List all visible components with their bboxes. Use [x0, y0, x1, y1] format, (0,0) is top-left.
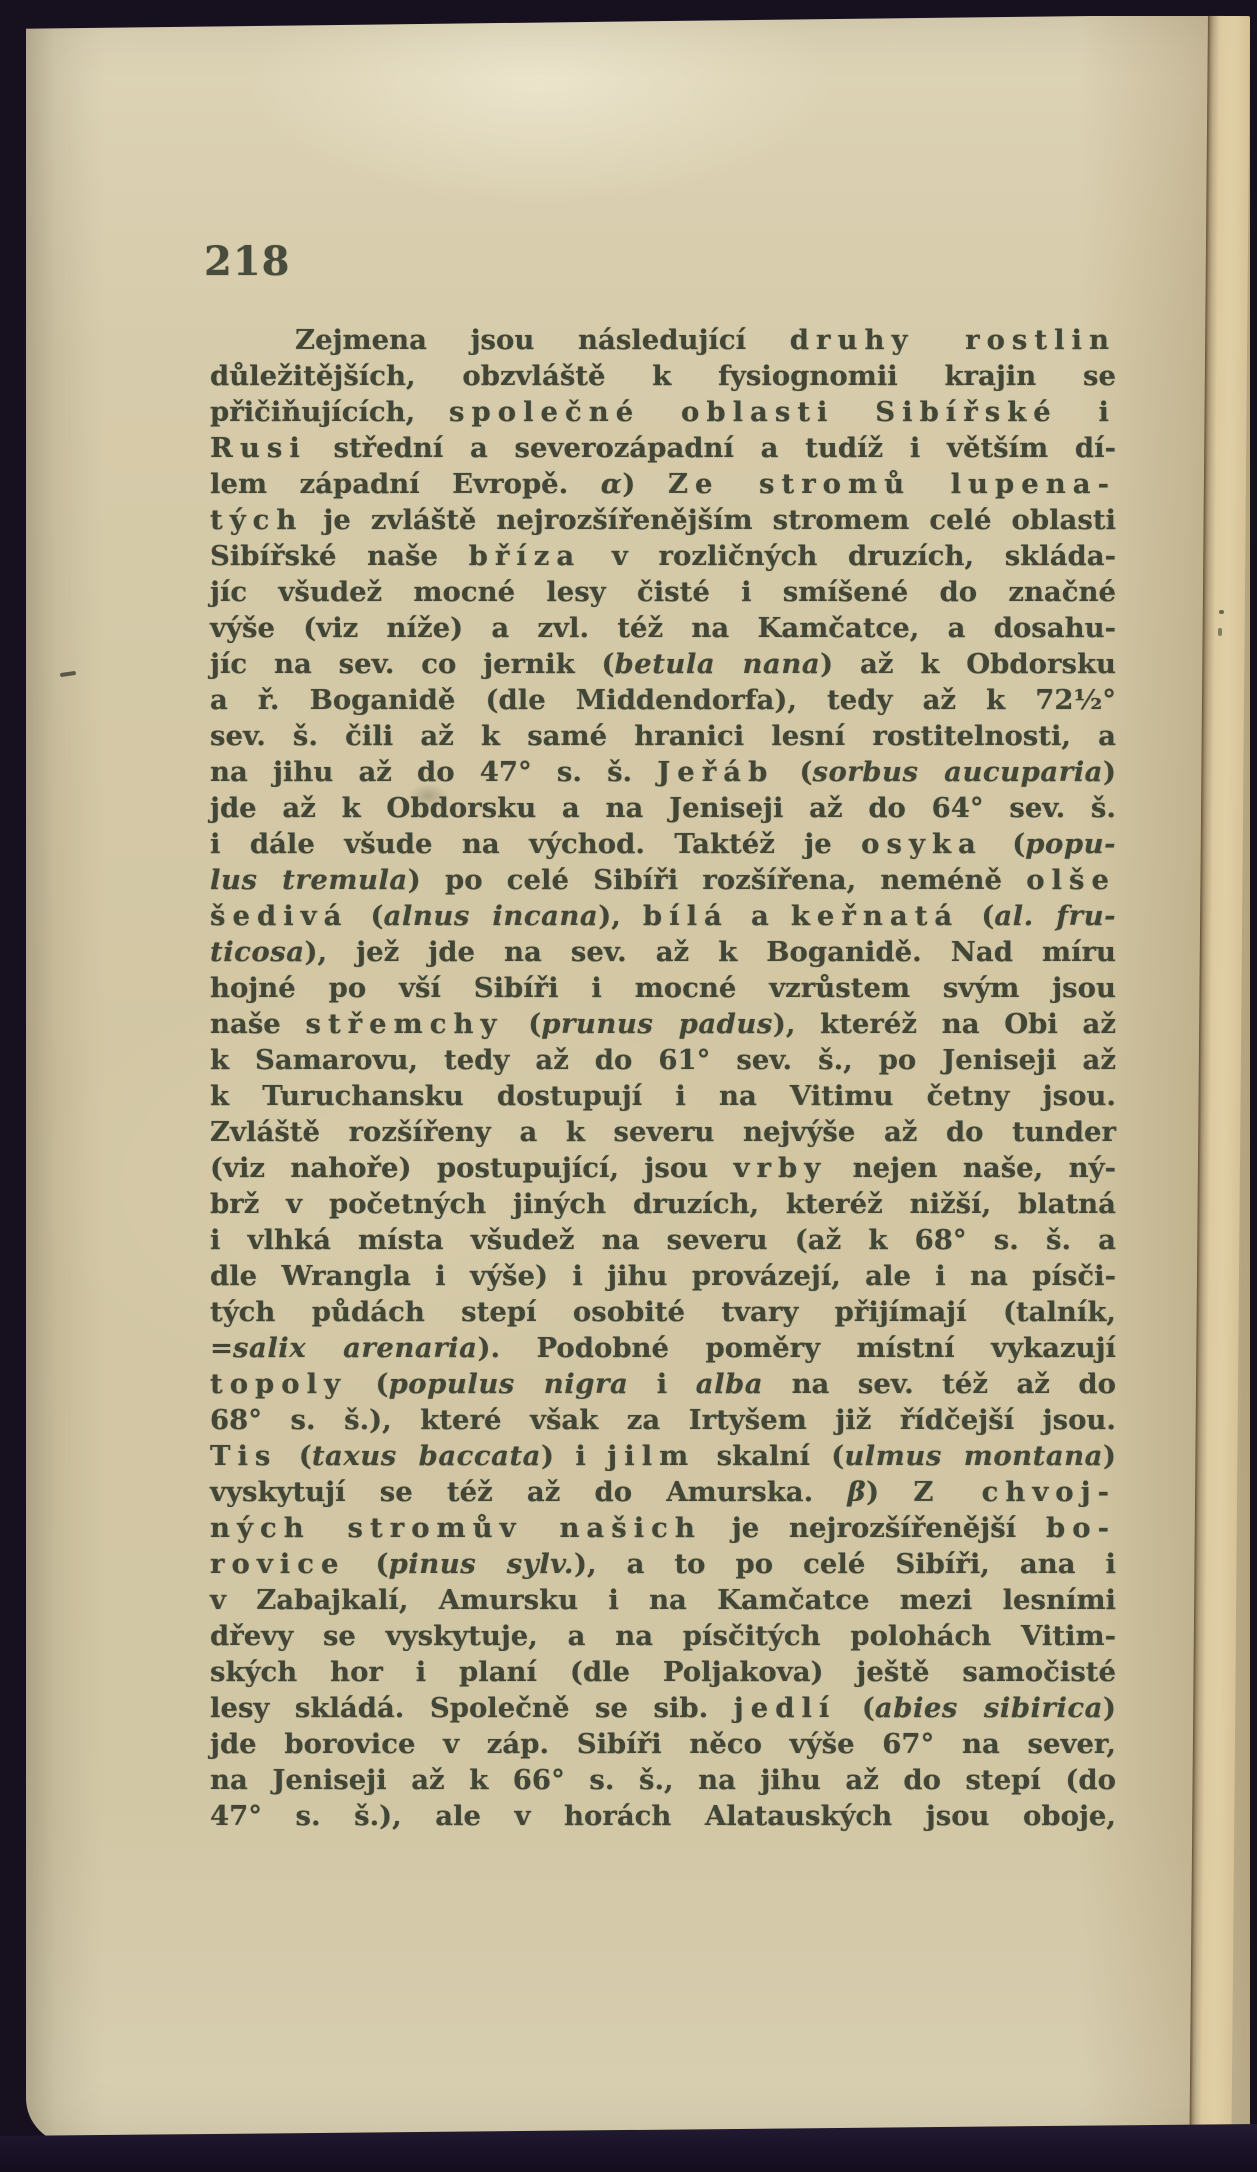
text-line: dle Wrangla i výše) i jihu provázejí, al…: [210, 1258, 1116, 1294]
text-line: Zejmena jsou následující druhy rostlin: [210, 322, 1116, 358]
text-line: Tis (taxus baccata) i jilm skalní (ulmus…: [210, 1438, 1116, 1474]
latin-species-name: prunus padus: [541, 1008, 773, 1040]
text-line: i dále všude na východ. Taktéž je osyka …: [210, 826, 1116, 862]
text-line: (viz nahoře) postupující, jsou vrby neje…: [210, 1150, 1116, 1186]
text-line: důležitějších, obzvláště k fysiognomii k…: [210, 358, 1116, 394]
body-text: (: [836, 1692, 875, 1724]
body-text: vyskytují se též až do Amurska.: [210, 1476, 847, 1508]
body-text: jíc všudež mocné lesy čisté i smíšené do…: [210, 576, 1116, 608]
body-text: výše (viz níže) a zvl. též na Kamčatce, …: [210, 612, 1116, 644]
body-text: Zvláště rozšířeny a k severu nejvýše až …: [210, 1116, 1116, 1148]
body-text: jde až k Obdorsku a na Jeniseji až do 64…: [210, 792, 1116, 824]
latin-species-name: lus tremula: [210, 864, 408, 896]
latin-species-name: ticosa: [210, 936, 305, 968]
text-line: přičiňujících, společné oblasti Sibířské…: [210, 394, 1116, 430]
body-text: lem západní Evropě.: [210, 468, 601, 500]
body-text: je nejrozšířenější: [702, 1512, 1046, 1544]
body-text: (: [774, 756, 812, 788]
body-text: ) až k Obdorsku: [820, 648, 1116, 680]
text-line: Sibířské naše bříza v rozličných druzích…: [210, 538, 1116, 574]
text-line: topoly (populus nigra i alba na sev. též…: [210, 1366, 1116, 1402]
body-text: ),: [598, 900, 643, 932]
body-text: na sev. též až do: [763, 1368, 1116, 1400]
text-line: Zvláště rozšířeny a k severu nejvýše až …: [210, 1114, 1116, 1150]
text-line: ticosa), jež jde na sev. až k Boganidě. …: [210, 934, 1116, 970]
book-page: 218 Zejmena jsou následující druhy rostl…: [26, 16, 1250, 2144]
text-line: jíc všudež mocné lesy čisté i smíšené do…: [210, 574, 1116, 610]
body-text: dřevy se vyskytuje, a na písčitých poloh…: [210, 1620, 1116, 1652]
paragraph: Zejmena jsou následující druhy rostlindů…: [210, 322, 1116, 1834]
body-text: na Jeniseji až k 66° s. š., na jihu až d…: [210, 1764, 1116, 1796]
body-text: střední a severozápadní a tudíž i větším…: [307, 432, 1116, 464]
body-text: skalní (: [695, 1440, 844, 1472]
text-line: na Jeniseji až k 66° s. š., na jihu až d…: [210, 1762, 1116, 1798]
text-line: ných stromův našich je nejrozšířenější b…: [210, 1510, 1116, 1546]
page-number: 218: [204, 238, 291, 285]
emphasized-term: Z chvoj-: [913, 1476, 1116, 1508]
text-line: naše střemchy (prunus padus), kteréž na …: [210, 1006, 1116, 1042]
text-line: lus tremula) po celé Sibíři rozšířena, n…: [210, 862, 1116, 898]
latin-species-name: alba: [696, 1368, 763, 1400]
text-line: lesy skládá. Společně se sib. jedlí (abi…: [210, 1690, 1116, 1726]
body-text: (: [983, 828, 1025, 860]
body-text: =: [210, 1332, 233, 1364]
body-text: ), a to po celé Sibíři, ana i: [574, 1548, 1116, 1580]
body-text: dle Wrangla i výše) i jihu provázejí, al…: [210, 1260, 1116, 1292]
emphasized-term: olše: [1026, 864, 1116, 896]
ink-speck: [1219, 610, 1224, 614]
text-line: v Zabajkalí, Amursku i na Kamčatce mezi …: [210, 1582, 1116, 1618]
emphasized-term: střemchy: [306, 1008, 504, 1040]
body-text: (: [348, 900, 383, 932]
ink-speck: [60, 671, 76, 677]
latin-species-name: taxus baccata: [312, 1440, 541, 1472]
emphasized-term: ných stromův našich: [210, 1512, 702, 1544]
emphasized-term: společné oblasti Sibířské i: [449, 396, 1116, 428]
text-line: a ř. Boganidě (dle Middendorfa), tedy až…: [210, 682, 1116, 718]
body-text: na jihu až do 47° s. š.: [210, 756, 657, 788]
body-text: k Turuchansku dostupují i na Vitimu četn…: [210, 1080, 1116, 1112]
latin-species-name: sorbus aucuparia: [812, 756, 1103, 788]
text-line: i vlhká místa všudež na severu (až k 68°…: [210, 1222, 1116, 1258]
body-text: ), jež jde na sev. až k Boganidě. Nad mí…: [305, 936, 1116, 968]
body-text: přičiňujících,: [210, 396, 449, 428]
text-line: jde až k Obdorsku a na Jeniseji až do 64…: [210, 790, 1116, 826]
latin-species-name: α: [601, 468, 623, 500]
latin-species-name: β: [847, 1476, 866, 1508]
latin-species-name: ulmus montana: [844, 1440, 1103, 1472]
text-line: k Turuchansku dostupují i na Vitimu četn…: [210, 1078, 1116, 1114]
text-line: ských hor i planí (dle Poljakova) ještě …: [210, 1654, 1116, 1690]
body-text: a ř. Boganidě (dle Middendorfa), tedy až…: [210, 684, 1116, 716]
text-line: 68° s. š.), které však za Irtyšem již ří…: [210, 1402, 1116, 1438]
body-text: i: [628, 1368, 695, 1400]
body-text: (: [347, 1368, 389, 1400]
emphasized-term: Tis: [210, 1440, 277, 1472]
emphasized-term: osyka: [861, 828, 983, 860]
text-line: tých půdách stepí osobité tvary přijímaj…: [210, 1294, 1116, 1330]
latin-species-name: alnus incana: [384, 900, 599, 932]
body-text: tých půdách stepí osobité tvary přijímaj…: [210, 1296, 1116, 1328]
emphasized-term: topoly: [210, 1368, 347, 1400]
body-text: lesy skládá. Společně se sib.: [210, 1692, 734, 1724]
latin-species-name: popu-: [1025, 828, 1116, 860]
latin-species-name: salix arenaria: [233, 1332, 477, 1364]
emphasized-term: Jeřáb: [657, 756, 774, 788]
body-text: brž v početných jiných druzích, kteréž n…: [210, 1188, 1116, 1220]
body-text: (: [346, 1548, 389, 1580]
emphasized-term: Ze stromů lupena-: [668, 468, 1116, 500]
body-text: v rozličných druzích, skláda-: [581, 540, 1116, 572]
body-text: v Zabajkalí, Amursku i na Kamčatce mezi …: [210, 1584, 1116, 1616]
body-text: je zvláště nejrozšířenějším stromem celé…: [303, 504, 1116, 536]
body-text: Sibířské naše: [210, 540, 469, 572]
text-line: Rusi střední a severozápadní a tudíž i v…: [210, 430, 1116, 466]
latin-species-name: betula nana: [615, 648, 821, 680]
ink-speck: [1218, 628, 1222, 636]
body-text: nejen naše, ný-: [827, 1152, 1116, 1184]
emphasized-term: šedivá: [210, 900, 348, 932]
emphasized-term: Rusi: [210, 432, 307, 464]
emphasized-term: vrby: [734, 1152, 828, 1184]
body-text: (: [959, 900, 994, 932]
text-line: hojné po vší Sibíři i mocné vzrůstem svý…: [210, 970, 1116, 1006]
emphasized-term: bříza: [469, 540, 582, 572]
emphasized-term: jilm: [607, 1440, 695, 1472]
body-text: ): [1103, 1692, 1116, 1724]
text-line: vyskytují se též až do Amurska. β) Z chv…: [210, 1474, 1116, 1510]
body-text: ), kteréž na Obi až: [773, 1008, 1116, 1040]
text-line: =salix arenaria). Podobné poměry místní …: [210, 1330, 1116, 1366]
emphasized-term: bílá: [643, 900, 729, 932]
text-line: rovice (pinus sylv.), a to po celé Sibíř…: [210, 1546, 1116, 1582]
text-line: 47° s. š.), ale v horách Alatauských jso…: [210, 1798, 1116, 1834]
text-line: jde borovice v záp. Sibíři něco výše 67°…: [210, 1726, 1116, 1762]
body-text: naše: [210, 1008, 306, 1040]
text-line: jíc na sev. co jernik (betula nana) až k…: [210, 646, 1116, 682]
emphasized-term: rovice: [210, 1548, 346, 1580]
body-text: 68° s. š.), které však za Irtyšem již ří…: [210, 1404, 1116, 1436]
body-text: ): [1103, 1440, 1116, 1472]
body-text: k Samarovu, tedy až do 61° sev. š., po J…: [210, 1044, 1116, 1076]
body-text: ): [866, 1476, 913, 1508]
text-line: lem západní Evropě. α) Ze stromů lupena-: [210, 466, 1116, 502]
text-line: výše (viz níže) a zvl. též na Kamčatce, …: [210, 610, 1116, 646]
body-text: a: [729, 900, 791, 932]
latin-species-name: al. fru-: [994, 900, 1116, 932]
emphasized-term: tých: [210, 504, 303, 536]
body-text: ských hor i planí (dle Poljakova) ještě …: [210, 1656, 1116, 1688]
body-text: ): [1103, 756, 1116, 788]
text-line: dřevy se vyskytuje, a na písčitých poloh…: [210, 1618, 1116, 1654]
scanned-book-photo: { "page": { "number": "218", "paper_colo…: [0, 0, 1257, 2172]
latin-species-name: populus nigra: [389, 1368, 629, 1400]
emphasized-term: jedlí: [734, 1692, 837, 1724]
emphasized-term: keřnatá: [791, 900, 959, 932]
body-text: 47° s. š.), ale v horách Alatauských jso…: [210, 1800, 1116, 1832]
text-line: sev. š. čili až k samé hranici lesní ros…: [210, 718, 1116, 754]
page-edge-crease: [1189, 16, 1250, 2144]
emphasized-term: druhy rostlin: [790, 324, 1116, 356]
body-text: i vlhká místa všudež na severu (až k 68°…: [210, 1224, 1116, 1256]
body-text: sev. š. čili až k samé hranici lesní ros…: [210, 720, 1116, 752]
latin-species-name: abies sibirica: [875, 1692, 1103, 1724]
body-text: jde borovice v záp. Sibíři něco výše 67°…: [210, 1728, 1116, 1760]
body-text: Zejmena jsou následující: [295, 324, 790, 356]
text-line: k Samarovu, tedy až do 61° sev. š., po J…: [210, 1042, 1116, 1078]
text-line: brž v početných jiných druzích, kteréž n…: [210, 1186, 1116, 1222]
body-text: i dále všude na východ. Taktéž je: [210, 828, 861, 860]
text-line: šedivá (alnus incana), bílá a keřnatá (a…: [210, 898, 1116, 934]
body-text: jíc na sev. co jernik (: [210, 648, 615, 680]
body-text: (: [504, 1008, 542, 1040]
body-text: ) i: [541, 1440, 607, 1472]
latin-species-name: pinus sylv.: [389, 1548, 574, 1580]
emphasized-term: bo-: [1046, 1512, 1116, 1544]
body-text: (: [277, 1440, 311, 1472]
body-text: ): [622, 468, 668, 500]
body-text: hojné po vší Sibíři i mocné vzrůstem svý…: [210, 972, 1116, 1004]
body-text: (viz nahoře) postupující, jsou: [210, 1152, 734, 1184]
body-text: důležitějších, obzvláště k fysiognomii k…: [210, 360, 1116, 392]
text-line: tých je zvláště nejrozšířenějším stromem…: [210, 502, 1116, 538]
body-text: ) po celé Sibíři rozšířena, neméně: [408, 864, 1027, 896]
text-line: na jihu až do 47° s. š. Jeřáb (sorbus au…: [210, 754, 1116, 790]
body-text: ). Podobné poměry místní vykazují: [477, 1332, 1116, 1364]
